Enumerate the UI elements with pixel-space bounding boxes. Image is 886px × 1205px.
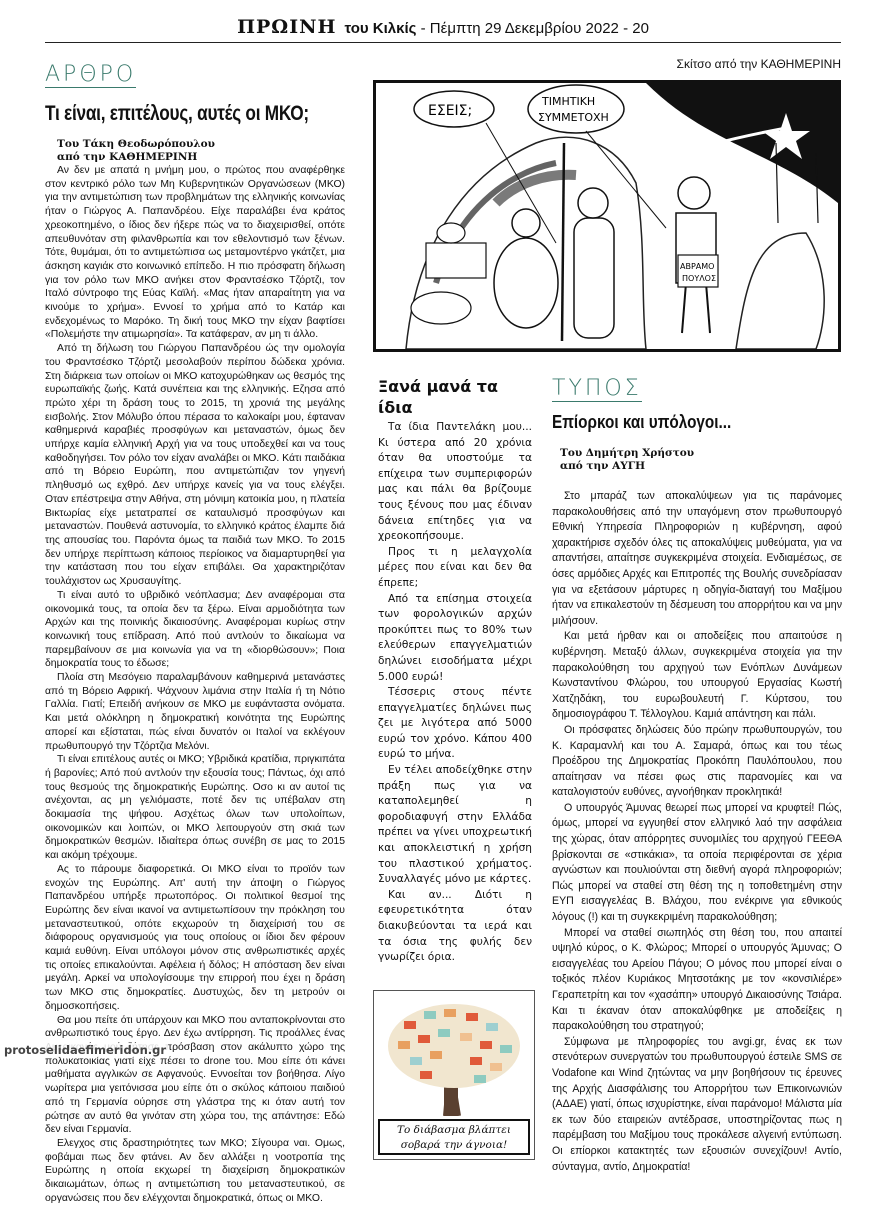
speech-bubble-2-line2: ΣΥΜΜΕΤΟΧΗ	[538, 111, 609, 124]
article-mid: Ξανά μανά τα ίδια Τα ίδια Παντελάκη μου.…	[378, 376, 532, 966]
cartoon-image: ΕΣΕΙΣ; ΤΙΜΗΤΙΚΗ ΣΥΜΜΕΤΟΧΗ ΑΒΡΑΜΟ ΠΟΥΛΟΣ	[373, 80, 841, 352]
cartoon-credit: Σκίτσο από την ΚΑΘΗΜΕΡΙΝΗ	[677, 57, 841, 71]
source: από την ΑΥΓΗ	[560, 460, 842, 473]
source: από την ΚΑΘΗΜΕΡΙΝΗ	[57, 151, 345, 164]
newspaper-subtitle: του Κιλκίς	[344, 20, 416, 37]
paragraph: Τα ίδια Παντελάκη μου... Κι ύστερα από 2…	[378, 420, 532, 545]
author: Του Δημήτρη Χρήστου	[560, 447, 842, 460]
paragraph: Τι είναι επιτέλους αυτές οι ΜΚΟ; Υβριδικ…	[45, 753, 345, 863]
speech-bubble-1: ΕΣΕΙΣ;	[428, 103, 472, 119]
paragraph: Προς τι η μελαγχολία μέρες που είναι και…	[378, 545, 532, 592]
author: Του Τάκη Θεοδωρόπουλου	[57, 138, 345, 151]
paragraph: Πλοία στη Μεσόγειο παραλαμβάνουν καθημερ…	[45, 671, 345, 753]
paragraph: Ας το πάρουμε διαφορετικά. Οι ΜΚΟ είναι …	[45, 863, 345, 1014]
slogan-line1: Το διάβασμα βλάπτει	[380, 1123, 528, 1138]
masthead: ΠΡΩΙΝΗ του Κιλκίς - Πέμπτη 29 Δεκεμβρίου…	[45, 16, 841, 43]
ad-slogan: Το διάβασμα βλάπτει σοβαρά την άγνοια!	[378, 1119, 530, 1155]
paragraph: Τέσσερις στους πέντε επαγγελματίες δηλών…	[378, 685, 532, 763]
article-title: Ξανά μανά τα ίδια	[378, 376, 532, 418]
paragraph: Τι είναι αυτό το υβριδικό νεόπλασμα; Δεν…	[45, 589, 345, 671]
byline: Του Τάκη Θεοδωρόπουλου από την ΚΑΘΗΜΕΡΙΝ…	[45, 138, 345, 164]
paragraph: Μπορεί να σταθεί σιωπηλός στη θέση του, …	[552, 926, 842, 1035]
issue-date: Πέμπτη 29 Δεκεμβρίου 2022	[430, 20, 619, 37]
paragraph: Στο μπαράζ των αποκαλύψεων για τις παράν…	[552, 489, 842, 629]
watermark: protoselidaefimeridon.gr	[2, 1043, 168, 1057]
article-left: ΑΡΘΡΟ Τι είναι, επιτέλους, αυτές οι ΜΚΟ;…	[45, 64, 345, 1205]
paragraph: Εν τέλει αποδείχθηκε στην πράξη πως για …	[378, 763, 532, 888]
paragraph: Σύμφωνα με πληροφορίες του avgi.gr, ένας…	[552, 1035, 842, 1175]
sign-text-line1: ΑΒΡΑΜΟ	[680, 262, 714, 271]
section-label-press: ΤΥΠΟΣ	[552, 378, 642, 402]
paragraph: Ελεγχος στις δραστηριότητες των ΜΚΟ; Σίγ…	[45, 1137, 345, 1205]
article-title: Τι είναι, επιτέλους, αυτές οι ΜΚΟ;	[45, 102, 291, 126]
article-right: ΤΥΠΟΣ Επίορκοι και υπόλογοι... Του Δημήτ…	[552, 378, 842, 1175]
paragraph: Και μετά ήρθαν και οι αποδείξεις που απα…	[552, 629, 842, 723]
paragraph: Θα μου πείτε ότι υπάρχουν και ΜΚΟ που αν…	[45, 1014, 345, 1137]
sign-text-line2: ΠΟΥΛΟΣ	[682, 274, 716, 283]
article-body: Στο μπαράζ των αποκαλύψεων για τις παράν…	[552, 489, 842, 1175]
article-body: Τα ίδια Παντελάκη μου... Κι ύστερα από 2…	[378, 420, 532, 966]
nativity-cartoon-illustration: ΕΣΕΙΣ; ΤΙΜΗΤΙΚΗ ΣΥΜΜΕΤΟΧΗ ΑΒΡΑΜΟ ΠΟΥΛΟΣ	[376, 83, 838, 349]
masthead-info: του Κιλκίς - Πέμπτη 29 Δεκεμβρίου 2022 -…	[344, 20, 648, 37]
section-label-article: ΑΡΘΡΟ	[45, 64, 136, 88]
paragraph: Από τη δήλωση του Γιώργου Παπανδρέου ώς …	[45, 342, 345, 589]
paragraph: Αν δεν με απατά η μνήμη μου, ο πρώτος πο…	[45, 164, 345, 342]
speech-bubble-2-line1: ΤΙΜΗΤΙΚΗ	[541, 95, 595, 108]
paragraph: Και αν... Διότι η εφευρετικότητα όταν δι…	[378, 888, 532, 966]
paragraph: Από τα επίσημα στοιχεία των φορολογικών …	[378, 592, 532, 686]
byline: Του Δημήτρη Χρήστου από την ΑΥΓΗ	[552, 447, 842, 473]
book-tree-icon	[374, 991, 534, 1116]
paragraph: Ο υπουργός Άμυνας θεωρεί πως μπορεί να κ…	[552, 801, 842, 926]
separator: -	[623, 20, 628, 37]
newspaper-brand: ΠΡΩΙΝΗ	[237, 16, 336, 38]
separator: -	[421, 20, 426, 37]
slogan-line2: σοβαρά την άγνοια!	[380, 1138, 528, 1153]
page-number: 20	[632, 20, 649, 37]
reading-ad: Το διάβασμα βλάπτει σοβαρά την άγνοια!	[373, 990, 535, 1160]
article-title: Επίορκοι και υπόλογοι...	[552, 412, 799, 433]
paragraph: Οι πρόσφατες δηλώσεις δύο πρώην πρωθυπου…	[552, 723, 842, 801]
